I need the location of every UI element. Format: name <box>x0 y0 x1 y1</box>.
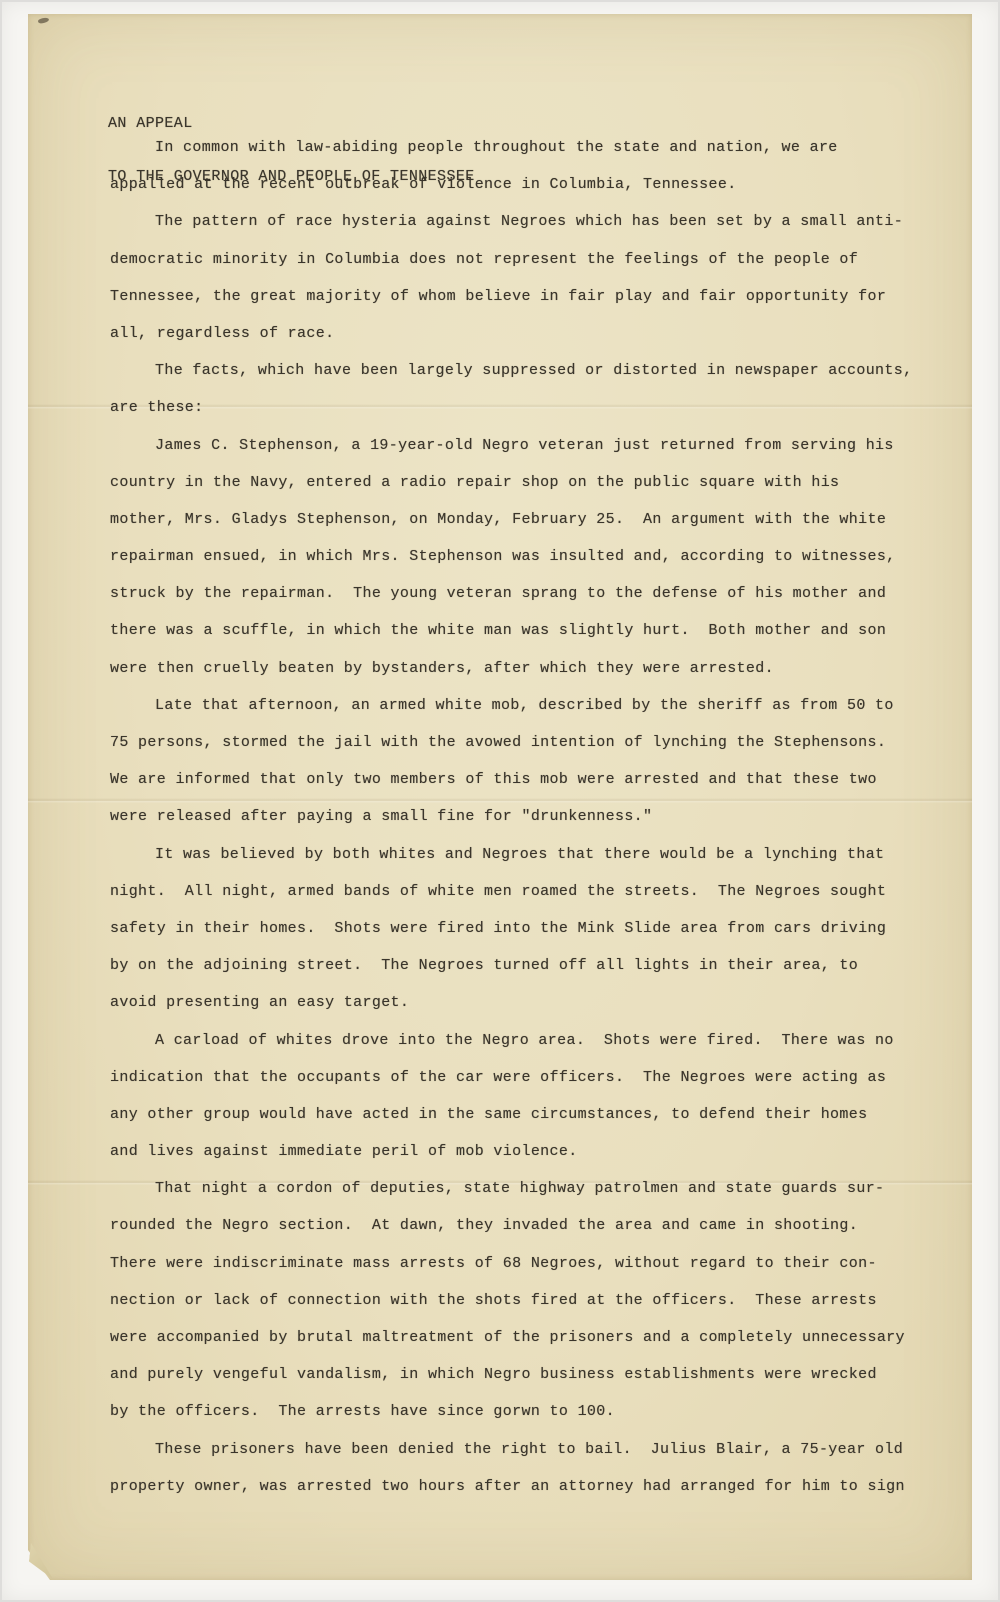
document-line: indication that the occupants of the car… <box>110 1059 912 1096</box>
document-body: In common with law-abiding people throug… <box>110 129 912 1505</box>
document-line: by on the adjoining street. The Negroes … <box>110 947 912 984</box>
document-line: were accompanied by brutal maltreatment … <box>110 1319 912 1356</box>
document-line: Tennessee, the great majority of whom be… <box>110 278 912 315</box>
document-line: democratic minority in Columbia does not… <box>110 241 912 278</box>
document-line: Late that afternoon, an armed white mob,… <box>110 687 912 724</box>
document-line: all, regardless of race. <box>110 315 912 352</box>
document-line: The facts, which have been largely suppr… <box>110 352 912 389</box>
document-line: That night a cordon of deputies, state h… <box>110 1170 912 1207</box>
document-line: It was believed by both whites and Negro… <box>110 836 912 873</box>
document-line: there was a scuffle, in which the white … <box>110 612 912 649</box>
document-line: country in the Navy, entered a radio rep… <box>110 464 912 501</box>
document-line: In common with law-abiding people throug… <box>110 129 912 166</box>
document-line: night. All night, armed bands of white m… <box>110 873 912 910</box>
document-line: were released after paying a small fine … <box>110 798 912 835</box>
document-line: struck by the repairman. The young veter… <box>110 575 912 612</box>
document-line: nection or lack of connection with the s… <box>110 1282 912 1319</box>
document-line: avoid presenting an easy target. <box>110 984 912 1021</box>
document-line: were then cruelly beaten by bystanders, … <box>110 650 912 687</box>
document-line: appalled at the recent outbreak of viole… <box>110 166 912 203</box>
document-line: are these: <box>110 389 912 426</box>
document-line: and lives against immediate peril of mob… <box>110 1133 912 1170</box>
document-line: property owner, was arrested two hours a… <box>110 1468 912 1505</box>
document-line: by the officers. The arrests have since … <box>110 1393 912 1430</box>
document-line: safety in their homes. Shots were fired … <box>110 910 912 947</box>
document-line: The pattern of race hysteria against Neg… <box>110 203 912 240</box>
document-line: We are informed that only two members of… <box>110 761 912 798</box>
document-line: James C. Stephenson, a 19-year-old Negro… <box>110 427 912 464</box>
document-line: These prisoners have been denied the rig… <box>110 1431 912 1468</box>
document-line: rounded the Negro section. At dawn, they… <box>110 1207 912 1244</box>
document-line: 75 persons, stormed the jail with the av… <box>110 724 912 761</box>
document-line: and purely vengeful vandalism, in which … <box>110 1356 912 1393</box>
document-line: A carload of whites drove into the Negro… <box>110 1022 912 1059</box>
document-line: mother, Mrs. Gladys Stephenson, on Monda… <box>110 501 912 538</box>
document-line: repairman ensued, in which Mrs. Stephens… <box>110 538 912 575</box>
document-line: any other group would have acted in the … <box>110 1096 912 1133</box>
document-line: There were indiscriminate mass arrests o… <box>110 1245 912 1282</box>
